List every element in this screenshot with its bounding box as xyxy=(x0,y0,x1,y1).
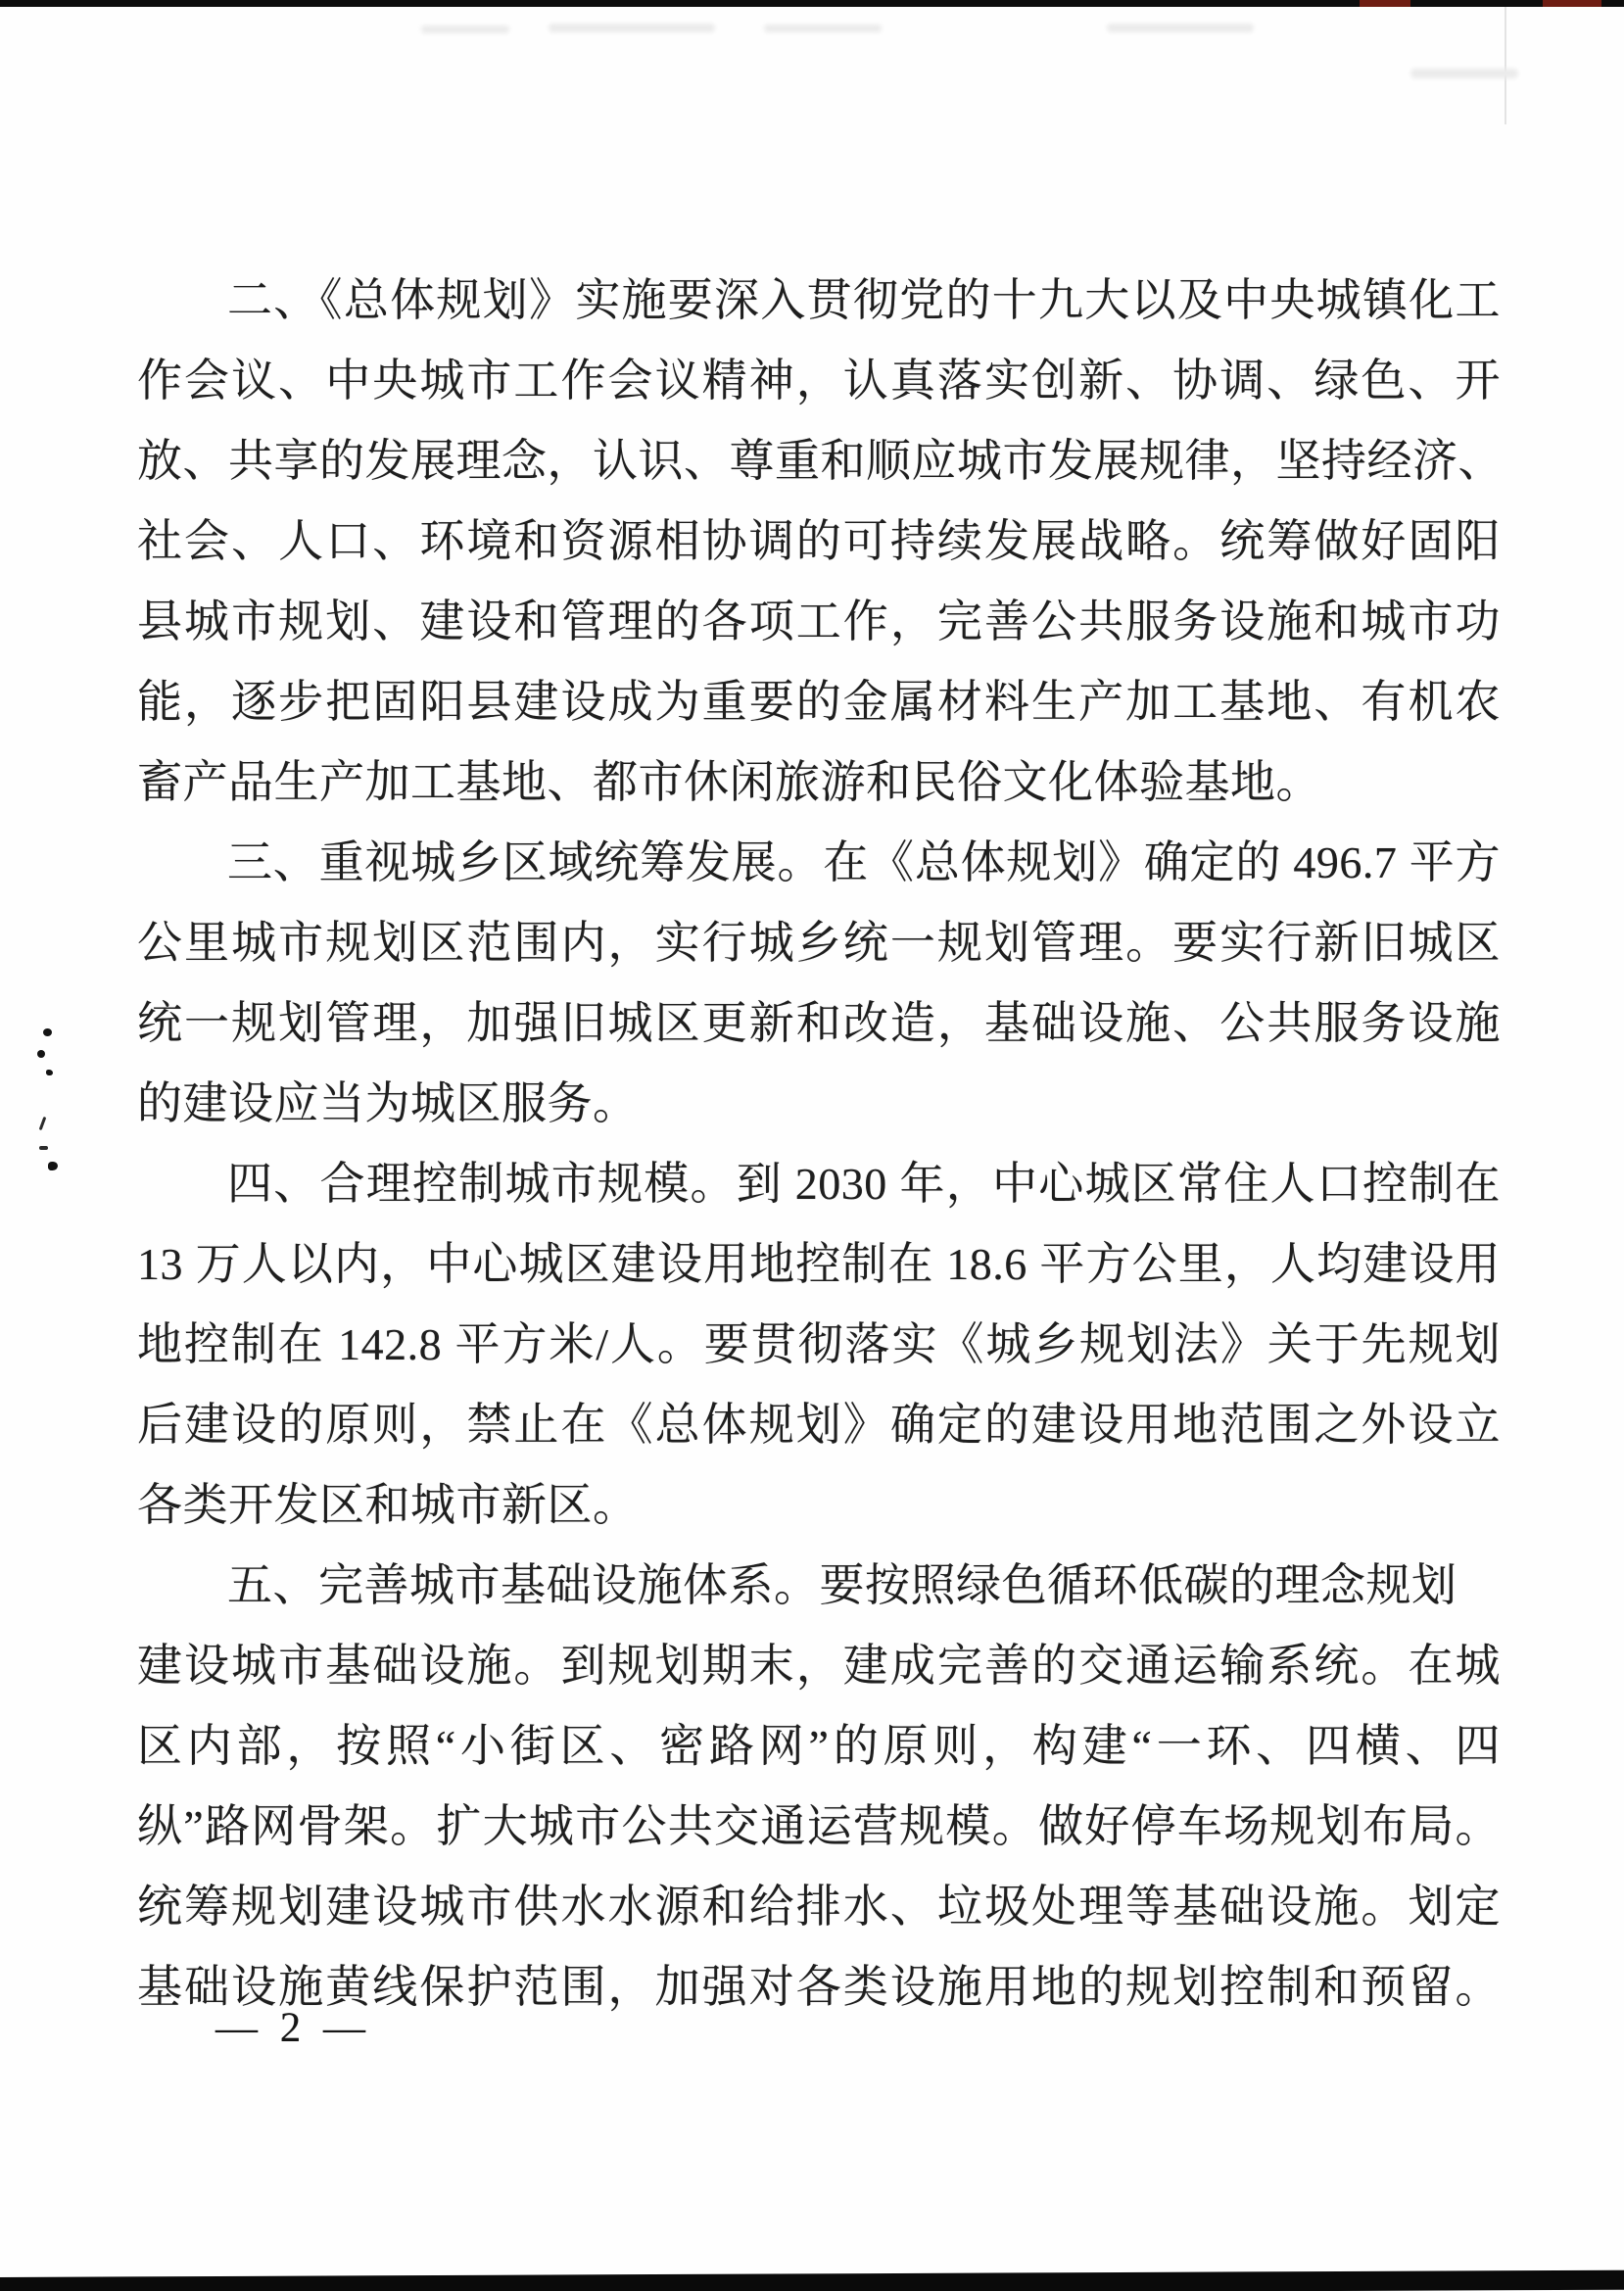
scan-line-artifact xyxy=(1505,7,1506,124)
ink-speck xyxy=(37,1050,45,1058)
scan-smudge xyxy=(764,24,882,32)
page-number: — 2 — xyxy=(215,2004,371,2052)
scan-top-edge-red-artifact xyxy=(1360,0,1410,7)
scan-smudge xyxy=(549,24,715,32)
text-line: 纵”路网骨架。扩大城市公共交通运营规模。做好停车场规划布局。 xyxy=(137,1787,1501,1867)
text-line: 县城市规划、建设和管理的各项工作，完善公共服务设施和城市功 xyxy=(137,582,1501,662)
scan-smudge xyxy=(1107,24,1254,32)
ink-speck xyxy=(46,1070,53,1075)
ink-speck xyxy=(48,1162,58,1170)
scan-smudge xyxy=(421,25,509,33)
text-line: 放、共享的发展理念，认识、尊重和顺应城市发展规律，坚持经济、 xyxy=(137,421,1501,501)
text-line: 公里城市规划区范围内，实行城乡统一规划管理。要实行新旧城区 xyxy=(137,903,1501,983)
scanned-document-page: 二、《总体规划》实施要深入贯彻党的十九大以及中央城镇化工 作会议、中央城市工作会… xyxy=(0,0,1624,2291)
text-line: 五、完善城市基础设施体系。要按照绿色循环低碳的理念规划 xyxy=(137,1546,1501,1626)
text-line: 后建设的原则，禁止在《总体规划》确定的建设用地范围之外设立 xyxy=(137,1385,1501,1465)
text-line: 统一规划管理，加强旧城区更新和改造，基础设施、公共服务设施 xyxy=(137,983,1501,1064)
document-body: 二、《总体规划》实施要深入贯彻党的十九大以及中央城镇化工 作会议、中央城市工作会… xyxy=(137,261,1501,2028)
ink-speck xyxy=(39,1146,48,1150)
scan-smudge xyxy=(1410,69,1518,78)
ink-speck xyxy=(39,1117,47,1130)
text-line: 二、《总体规划》实施要深入贯彻党的十九大以及中央城镇化工 xyxy=(137,261,1501,341)
text-line: 能，逐步把固阳县建设成为重要的金属材料生产加工基地、有机农 xyxy=(137,662,1501,742)
text-line: 三、重视城乡区域统筹发展。在《总体规划》确定的 496.7 平方 xyxy=(137,823,1501,903)
text-line: 的建设应当为城区服务。 xyxy=(137,1064,1501,1144)
scan-bottom-edge-artifact xyxy=(0,2270,1624,2291)
text-line: 社会、人口、环境和资源相协调的可持续发展战略。统筹做好固阳 xyxy=(137,501,1501,582)
text-line: 13 万人以内，中心城区建设用地控制在 18.6 平方公里，人均建设用 xyxy=(137,1224,1501,1305)
text-line: 区内部，按照“小街区、密路网”的原则，构建“一环、四横、四 xyxy=(137,1706,1501,1787)
text-line: 建设城市基础设施。到规划期末，建成完善的交通运输系统。在城 xyxy=(137,1626,1501,1706)
text-line: 各类开发区和城市新区。 xyxy=(137,1465,1501,1546)
text-line: 统筹规划建设城市供水水源和给排水、垃圾处理等基础设施。划定 xyxy=(137,1867,1501,1947)
ink-speck xyxy=(43,1028,52,1036)
text-line: 畜产品生产加工基地、都市休闲旅游和民俗文化体验基地。 xyxy=(137,742,1501,823)
text-line: 作会议、中央城市工作会议精神，认真落实创新、协调、绿色、开 xyxy=(137,341,1501,421)
text-line: 地控制在 142.8 平方米/人。要贯彻落实《城乡规划法》关于先规划 xyxy=(137,1305,1501,1385)
scan-top-edge-red-artifact xyxy=(1543,0,1601,7)
text-line: 四、合理控制城市规模。到 2030 年，中心城区常住人口控制在 xyxy=(137,1144,1501,1224)
